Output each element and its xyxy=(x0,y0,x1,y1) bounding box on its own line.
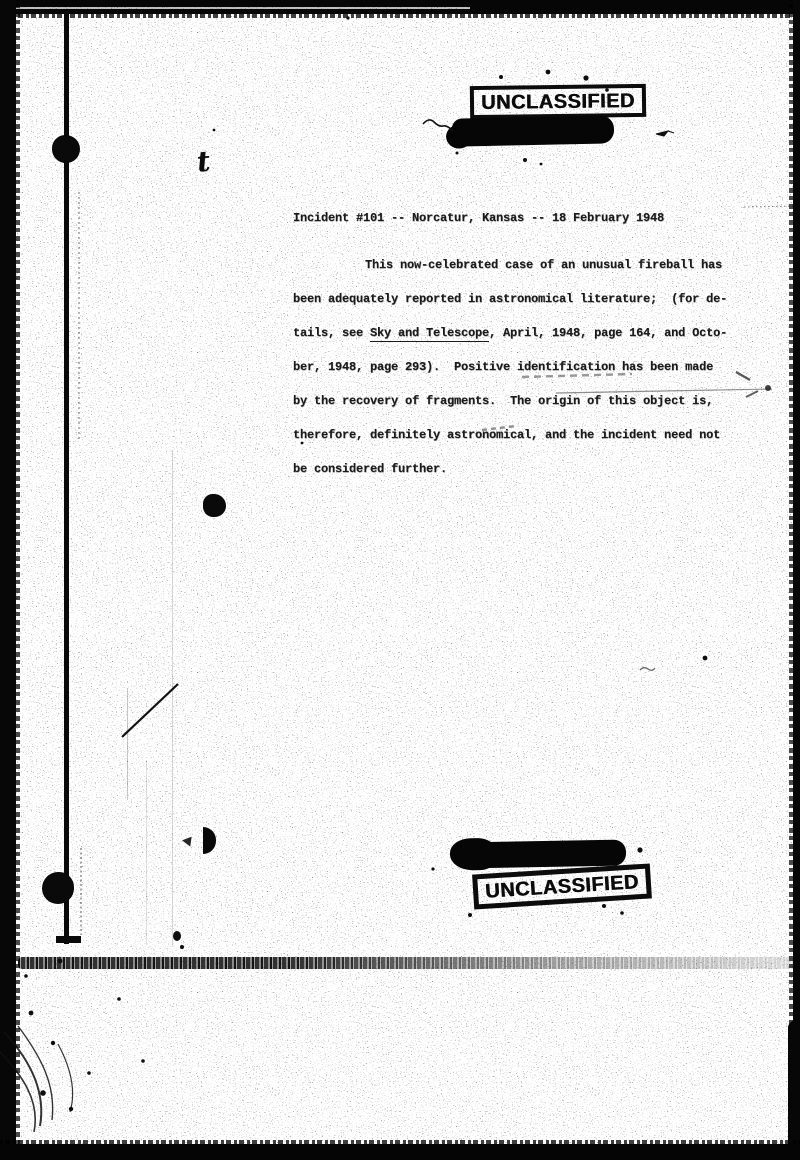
paragraph-line: This now-celebrated case of an unusual f… xyxy=(293,248,763,282)
scan-streak xyxy=(127,688,128,800)
scanned-document-page: UNCLASSIFIED t Incident #101 -- Norcatur… xyxy=(0,0,800,1160)
ink-fleck xyxy=(765,385,771,391)
paragraph-line: been adequately reported in astronomical… xyxy=(293,282,763,316)
scan-edge-right xyxy=(793,0,800,1160)
scan-edge-right-lower xyxy=(788,1020,800,1160)
scan-edge-left xyxy=(0,0,16,1160)
ink-blob-margin-upper xyxy=(203,494,226,517)
page-edge-shadow xyxy=(18,957,796,969)
incident-heading: Incident #101 -- Norcatur, Kansas -- 18 … xyxy=(293,211,664,225)
scan-streak xyxy=(146,760,147,945)
line3-post: , April, 1948, page 164, and Octo- xyxy=(489,326,727,340)
handwritten-mark: t xyxy=(196,147,212,176)
scan-streak xyxy=(172,450,173,945)
small-arrow-mark xyxy=(656,131,674,136)
scan-edge-right-fray xyxy=(789,0,793,1160)
line3-pre: tails, see xyxy=(293,326,370,340)
ink-specks xyxy=(24,16,707,1111)
unclassified-stamp-bottom: UNCLASSIFIED xyxy=(472,863,652,909)
journal-title-underlined: Sky and Telescope xyxy=(370,326,489,342)
paragraph-line: ber, 1948, page 293). Positive identific… xyxy=(293,350,763,384)
scan-artifacts-overlay xyxy=(0,0,800,1160)
tiny-squiggle xyxy=(640,668,655,671)
scan-edge-top-gap xyxy=(10,7,470,9)
scan-edge-top-fray xyxy=(0,14,800,18)
scan-edge-bottom-fray xyxy=(0,1140,800,1144)
paragraph-line: tails, see Sky and Telescope, April, 194… xyxy=(293,316,763,350)
film-grain xyxy=(0,0,800,1160)
redaction-bar-bottom xyxy=(460,840,626,869)
scan-edge-bottom xyxy=(0,1144,800,1160)
redaction-bar-top xyxy=(452,115,615,146)
diagonal-pencil-line xyxy=(122,684,178,737)
binder-fastener-dot-top xyxy=(52,135,80,163)
incident-paragraph: This now-celebrated case of an unusual f… xyxy=(293,248,763,486)
paragraph-line: by the recovery of fragments. The origin… xyxy=(293,384,763,418)
paragraph-line: be considered further. xyxy=(293,452,763,486)
paragraph-line: therefore, definitely astronomical, and … xyxy=(293,418,763,452)
unclassified-stamp-top: UNCLASSIFIED xyxy=(470,84,646,119)
scan-edge-left-fray xyxy=(16,0,20,1160)
binder-fastener-dot-bottom xyxy=(42,872,74,904)
pencil-arrow-mark xyxy=(181,835,191,846)
ink-blob-margin-lower xyxy=(203,827,216,854)
binding-line-foot xyxy=(56,936,81,943)
